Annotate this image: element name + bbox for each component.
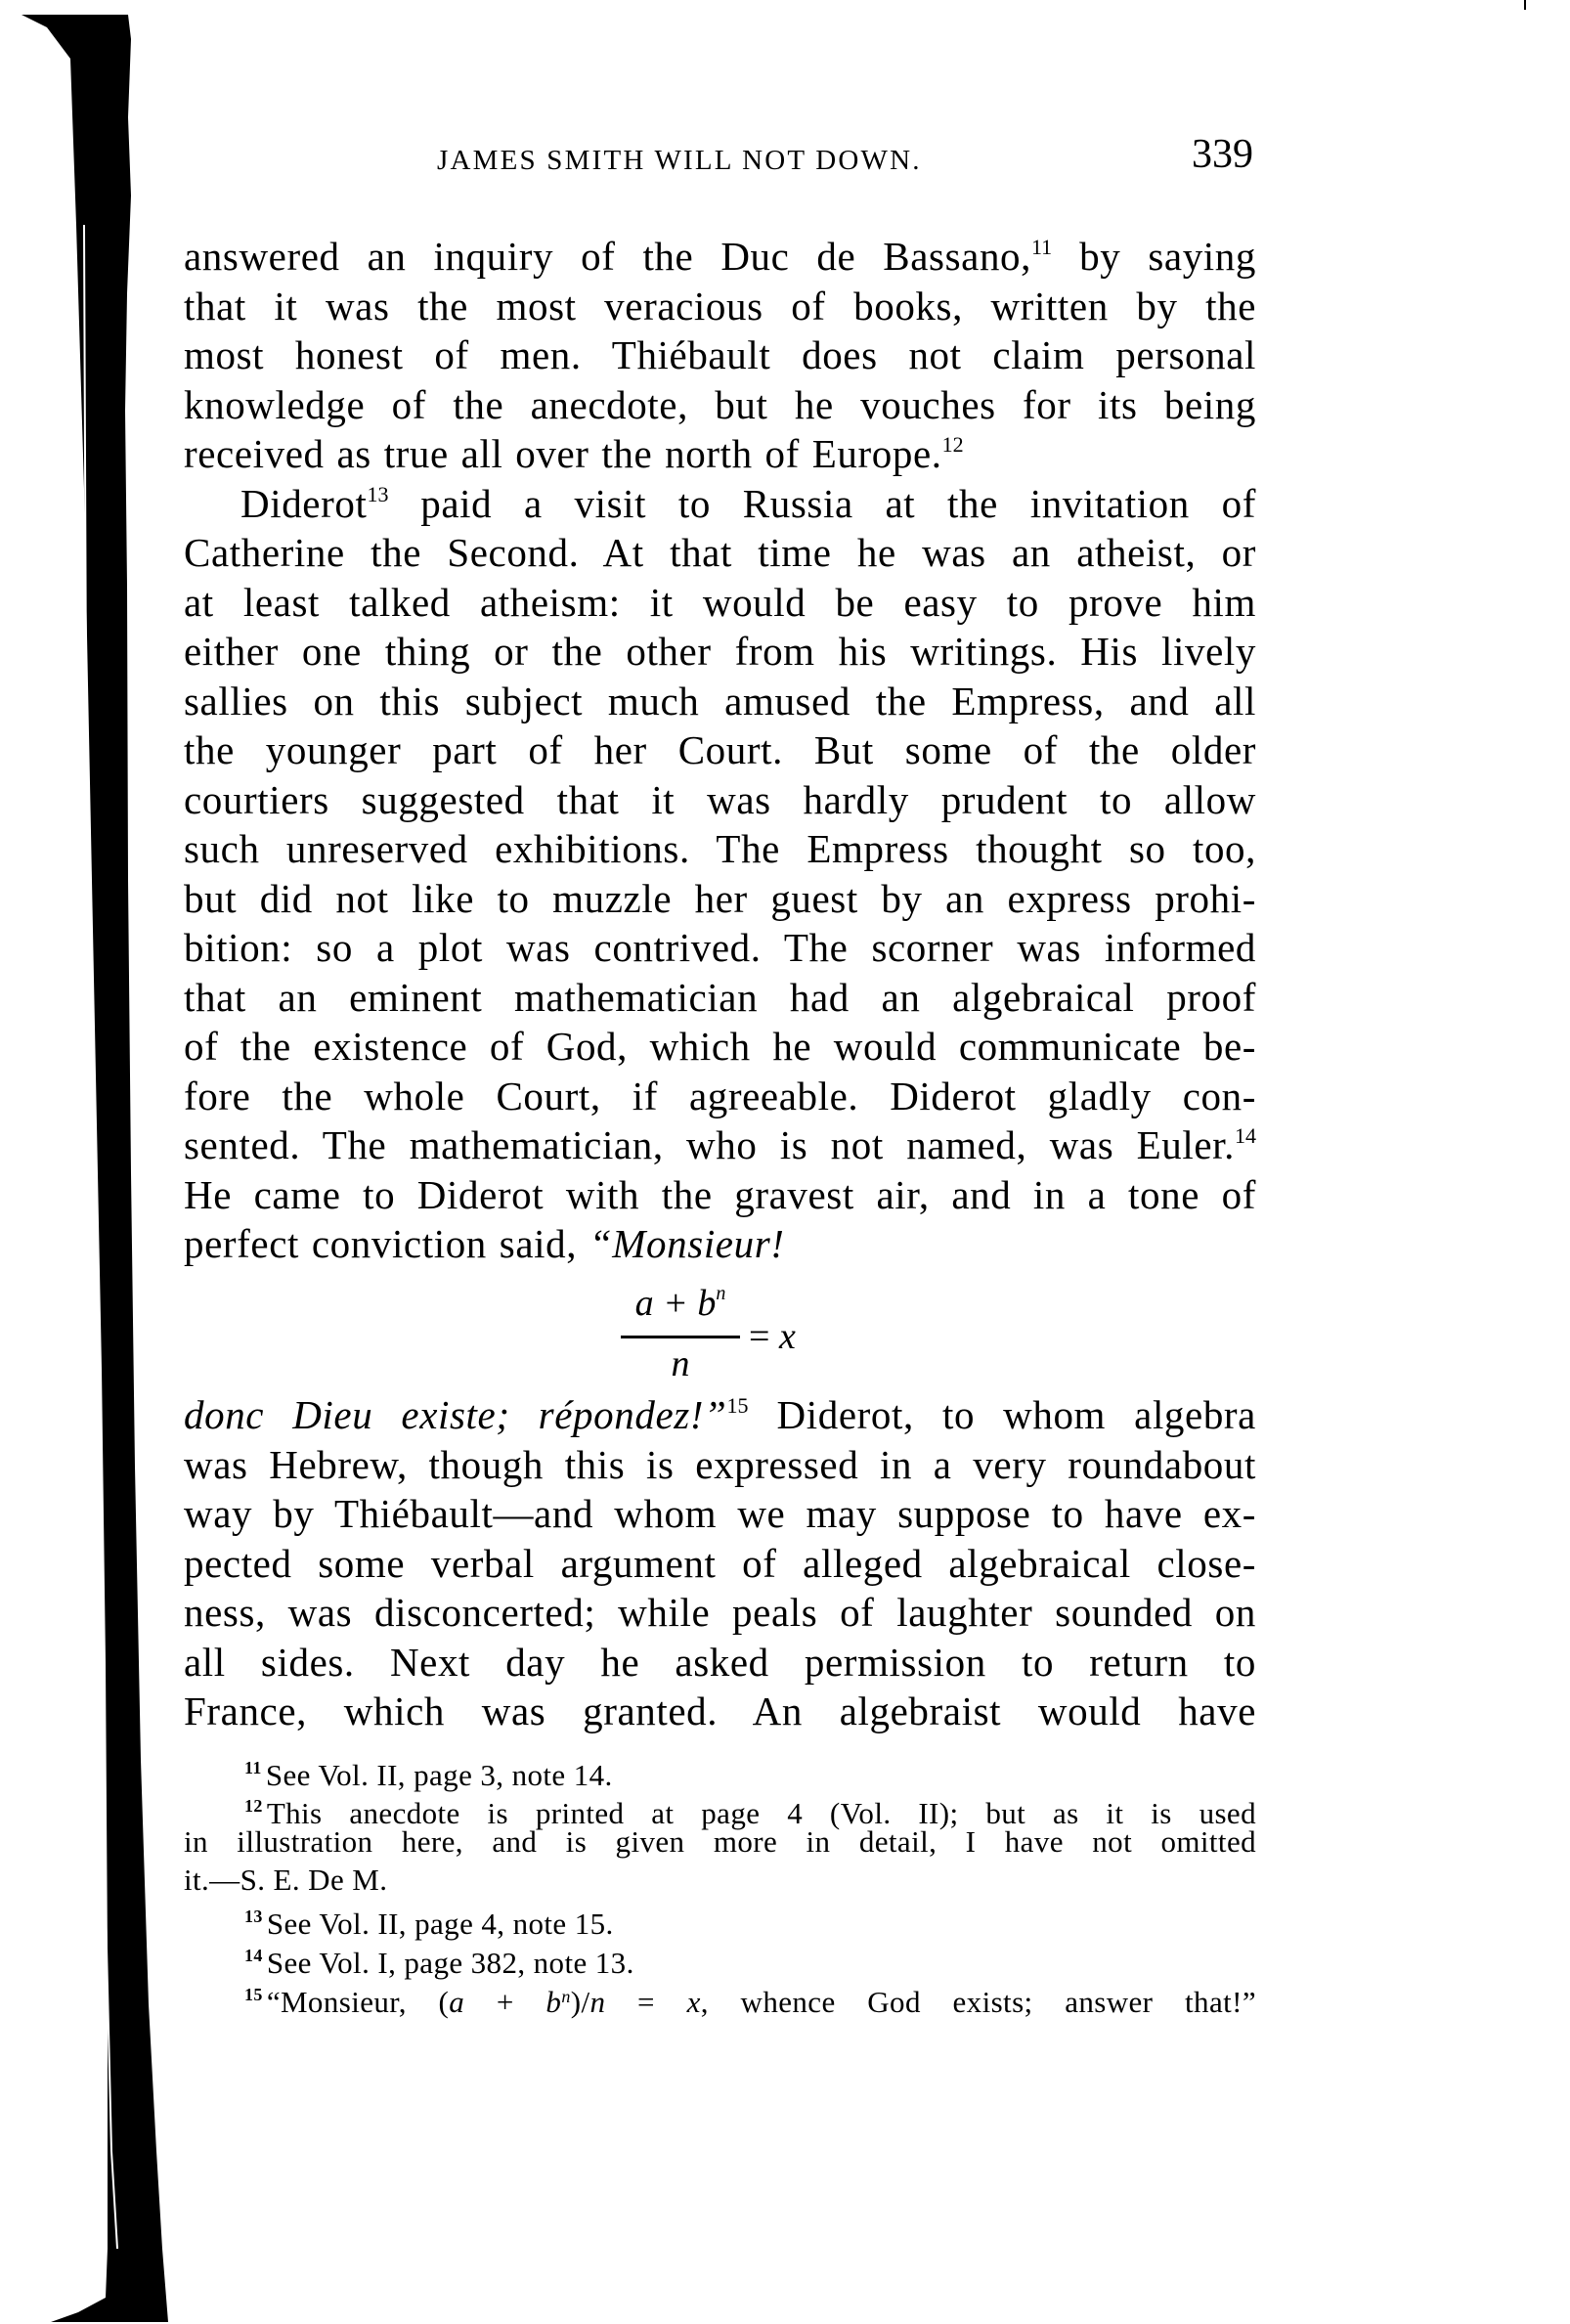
body-line: that an eminent mathematician had an alg… [184, 974, 1256, 1021]
equation-rhs: = x [749, 1314, 796, 1359]
body-line: was Hebrew, though this is expressed in … [184, 1441, 1256, 1488]
footnote-14: 14See Vol. I, page 382, note 13. [244, 1946, 1256, 1981]
footnote-12-line-2: in illustration here, and is given more … [184, 1824, 1256, 1860]
binding-shadow [0, 0, 196, 2324]
equation-numerator: a + bn [620, 1281, 741, 1326]
body-line: but did not like to muzzle her guest by … [184, 875, 1256, 922]
body-line: pected some verbal argument of alleged a… [184, 1540, 1256, 1587]
body-line: all sides. Next day he asked permission … [184, 1639, 1256, 1686]
body-line: received as true all over the north of E… [184, 430, 1256, 477]
body-line: ness, was disconcerted; while peals of l… [184, 1589, 1256, 1636]
footnote-ref-15[interactable]: 15 [726, 1393, 748, 1418]
body-line: such unreserved exhibitions. The Empress… [184, 825, 1256, 872]
body-line: way by Thiébault—and whom we may suppose… [184, 1490, 1256, 1537]
body-line: sented. The mathematician, who is not na… [184, 1121, 1256, 1168]
page-number: 339 [1192, 131, 1253, 178]
footnote-ref-11[interactable]: 11 [1031, 235, 1052, 259]
body-line: either one thing or the other from his w… [184, 628, 1256, 675]
body-line: answered an inquiry of the Duc de Bassan… [184, 233, 1256, 280]
body-line: He came to Diderot with the gravest air,… [184, 1171, 1256, 1218]
body-line: that it was the most veracious of books,… [184, 283, 1256, 329]
body-line: courtiers suggested that it was hardly p… [184, 776, 1256, 823]
footnote-15: 15“Monsieur, (a + bn)/n = x, whence God … [244, 1985, 1256, 2020]
body-line: bition: so a plot was contrived. The sco… [184, 924, 1256, 971]
body-line: fore the whole Court, if agreeable. Dide… [184, 1073, 1256, 1119]
body-line: donc Dieu existe; répondez!”15 Diderot, … [184, 1391, 1256, 1438]
body-line: perfect conviction said, “Monsieur! [184, 1220, 1256, 1267]
footnote-11: 11See Vol. II, page 3, note 14. [244, 1758, 1256, 1793]
footnote-ref-13[interactable]: 13 [367, 482, 388, 506]
body-line: knowledge of the anecdote, but he vouche… [184, 381, 1256, 428]
fraction-bar [621, 1336, 740, 1338]
body-line: at least talked atheism: it would be eas… [184, 579, 1256, 626]
footnote-13: 13See Vol. II, page 4, note 15. [244, 1907, 1256, 1942]
footnote-ref-14[interactable]: 14 [1235, 1123, 1256, 1148]
body-line: France, which was granted. An algebraist… [184, 1688, 1256, 1734]
body-line: most honest of men. Thiébault does not c… [184, 331, 1256, 378]
body-line: Diderot13 paid a visit to Russia at the … [240, 480, 1256, 527]
body-line: the younger part of her Court. But some … [184, 726, 1256, 773]
equation-euler: a + bn n = x [614, 1281, 829, 1388]
body-line: sallies on this subject much amused the … [184, 678, 1256, 724]
scan-speck [1524, 0, 1526, 10]
footnote-ref-12[interactable]: 12 [942, 432, 964, 457]
body-line: of the existence of God, which he would … [184, 1023, 1256, 1070]
scanned-book-page: JAMES SMITH WILL NOT DOWN. 339 answered … [0, 0, 1570, 2324]
footnote-12-line-3: it.—S. E. De M. [184, 1863, 1256, 1898]
equation-denominator: n [620, 1341, 741, 1386]
body-line: Catherine the Second. At that time he wa… [184, 529, 1256, 576]
quote-monsieur: “Monsieur! [589, 1221, 785, 1266]
running-head-title: JAMES SMITH WILL NOT DOWN. [437, 143, 922, 178]
